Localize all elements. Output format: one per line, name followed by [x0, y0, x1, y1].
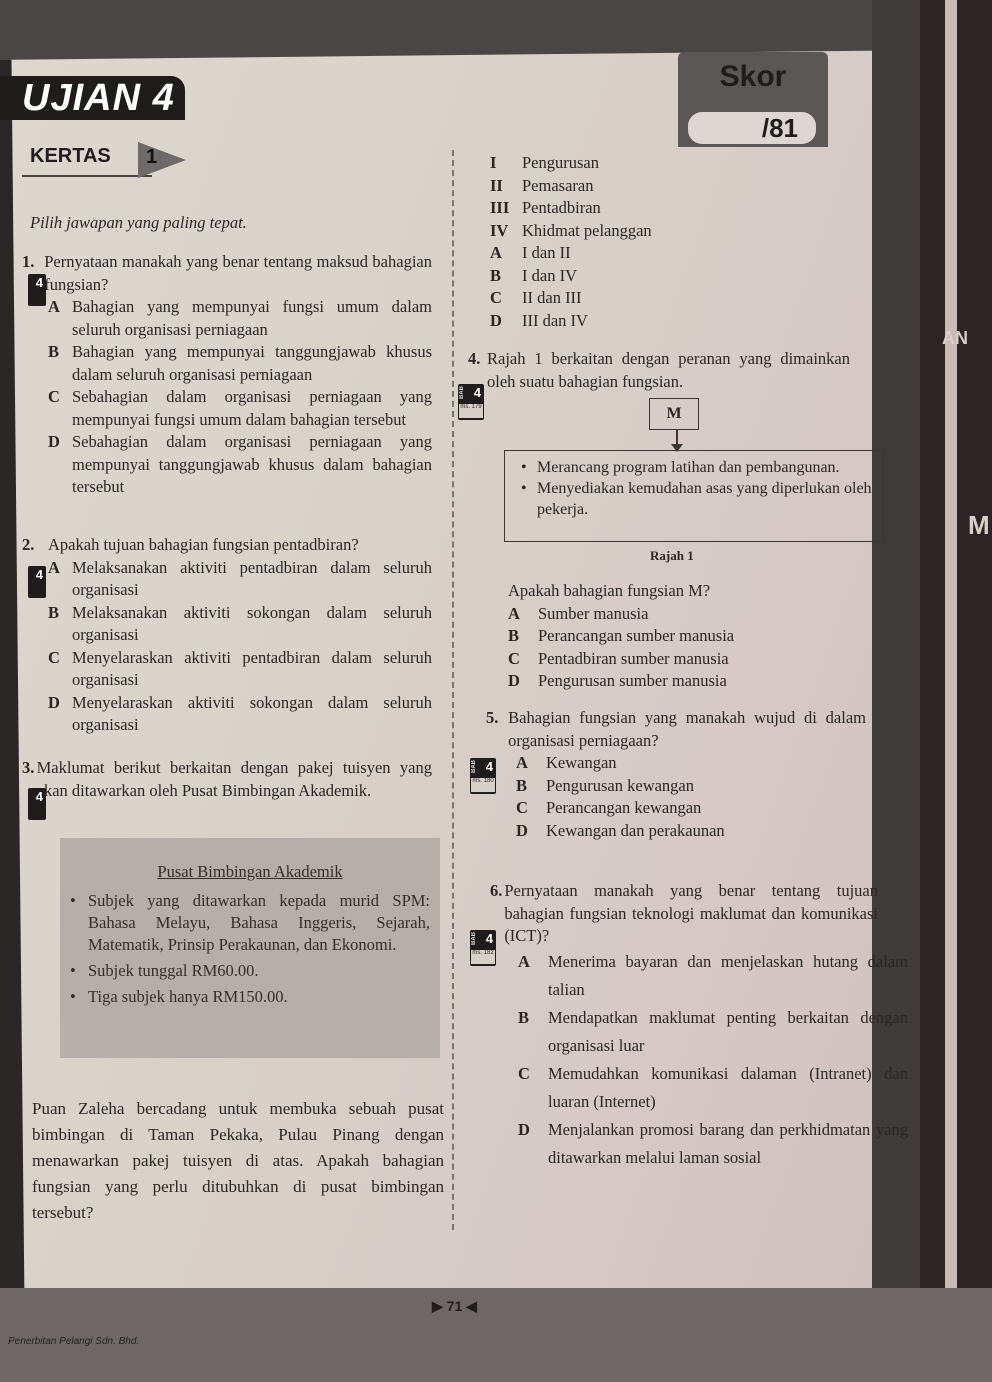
option-d[interactable]: DKewangan dan perakaunan — [516, 820, 906, 843]
bottom-shadow — [0, 1288, 992, 1382]
chapter-badge: 4 — [28, 274, 46, 306]
score-box: Skor /81 — [678, 52, 828, 147]
option-b[interactable]: BPengurusan kewangan — [516, 775, 906, 798]
chapter-badge: BAB4 ms. 180 — [470, 758, 496, 794]
option-a[interactable]: AI dan II — [490, 242, 750, 265]
question-3: 3.Maklumat berikut berkaitan dengan pake… — [22, 757, 432, 802]
option-c[interactable]: CMenyelaraskan aktiviti pentadbiran dala… — [48, 647, 432, 692]
question-3-followup: Puan Zaleha bercadang untuk membuka sebu… — [32, 1096, 444, 1226]
question-1: 1.Pernyataan manakah yang benar tentang … — [22, 251, 432, 499]
info-item: Subjek tunggal RM60.00. — [70, 960, 430, 982]
diagram-caption: Rajah 1 — [650, 548, 694, 564]
option-d[interactable]: DPengurusan sumber manusia — [508, 670, 838, 693]
edge-text: M — [968, 510, 990, 541]
info-item: Subjek yang ditawarkan kepada murid SPM:… — [70, 890, 430, 956]
option-a[interactable]: AMenerima bayaran dan menjelaskan hutang… — [518, 948, 908, 1004]
score-field[interactable]: /81 — [688, 112, 816, 144]
chapter-badge: BAB4 ms. 182 — [470, 930, 496, 966]
option-a[interactable]: AMelaksanakan aktiviti pentadbiran dalam… — [48, 557, 432, 602]
question-5: 5.Bahagian fungsian yang manakah wujud d… — [486, 707, 906, 842]
option-c[interactable]: CII dan III — [490, 287, 750, 310]
page-number-value: 71 — [447, 1298, 463, 1314]
option-a[interactable]: ASumber manusia — [508, 603, 838, 626]
question-stem: Bahagian fungsian yang manakah wujud di … — [508, 707, 906, 752]
question-6: 6.Pernyataan manakah yang benar tentang … — [490, 880, 908, 1172]
option-d[interactable]: DIII dan IV — [490, 310, 750, 333]
question-stem: Maklumat berikut berkaitan dengan pakej … — [37, 757, 432, 802]
paper-number: 1 — [146, 146, 157, 169]
diagram-bullet: Menyediakan kemudahan asas yang diperluk… — [521, 478, 873, 520]
option-c[interactable]: CMemudahkan komunikasi dalaman (Intranet… — [518, 1060, 908, 1116]
option-d[interactable]: DMenjalankan promosi barang dan perkhidm… — [518, 1116, 908, 1172]
option-b[interactable]: BPerancangan sumber manusia — [508, 625, 838, 648]
option-b[interactable]: BMendapatkan maklumat penting berkaitan … — [518, 1004, 908, 1060]
option-c[interactable]: CSebahagian dalam organisasi perniagaan … — [48, 386, 432, 431]
info-box-title: Pusat Bimbingan Akademik — [60, 862, 440, 882]
info-box: Pusat Bimbingan Akademik Subjek yang dit… — [60, 838, 440, 1058]
question-number: 2. — [22, 534, 48, 557]
exam-title: UJIAN 4 — [0, 76, 185, 120]
chapter-badge: BAB4 ms. 179 — [458, 384, 484, 420]
option-a[interactable]: ABahagian yang mempunyai fungsi umum dal… — [48, 296, 432, 341]
option-b[interactable]: BMelaksanakan aktiviti sokongan dalam se… — [48, 602, 432, 647]
publisher-credit: Penerbitan Pelangi Sdn. Bhd. — [8, 1336, 139, 1347]
triangle-left-icon: ◀ — [466, 1298, 477, 1314]
option-c[interactable]: CPerancangan kewangan — [516, 797, 906, 820]
option-c[interactable]: CPentadbiran sumber manusia — [508, 648, 838, 671]
instruction: Pilih jawapan yang paling tepat. — [30, 212, 247, 234]
question-2: 2.Apakah tujuan bahagian fungsian pentad… — [22, 534, 432, 737]
page-number: ▶ 71 ◀ — [432, 1298, 477, 1315]
option-d[interactable]: DMenyelaraskan aktiviti sokongan dalam s… — [48, 692, 432, 737]
diagram-roles-box: Merancang program latihan dan pembanguna… — [504, 450, 884, 542]
triangle-right-icon: ▶ — [432, 1298, 443, 1314]
info-item: Tiga subjek hanya RM150.00. — [70, 986, 430, 1008]
question-number: 5. — [486, 707, 508, 752]
paper-label: KERTAS — [30, 145, 111, 168]
question-stem: Apakah bahagian fungsian M? — [508, 580, 838, 603]
question-3-continued: IPengurusan IIPemasaran IIIPentadbiran I… — [490, 152, 750, 332]
option-b[interactable]: BI dan IV — [490, 265, 750, 288]
diagram-bullet: Merancang program latihan dan pembanguna… — [521, 457, 873, 478]
question-stem: Pernyataan manakah yang benar tentang tu… — [504, 880, 908, 948]
question-stem: Apakah tujuan bahagian fungsian pentadbi… — [48, 534, 359, 557]
option-a[interactable]: AKewangan — [516, 752, 906, 775]
question-4-followup: Apakah bahagian fungsian M? ASumber manu… — [508, 580, 838, 693]
option-d[interactable]: DSebahagian dalam organisasi perniagaan … — [48, 431, 432, 499]
question-4: 4.Rajah 1 berkaitan dengan peranan yang … — [468, 348, 850, 393]
edge-text: AN — [942, 328, 968, 349]
score-label: Skor — [678, 60, 828, 94]
question-stem: Rajah 1 berkaitan dengan peranan yang di… — [487, 348, 850, 393]
chapter-badge: 4 — [28, 788, 46, 820]
paper-underline — [22, 175, 152, 177]
option-b[interactable]: BBahagian yang mempunyai tanggungjawab k… — [48, 341, 432, 386]
chapter-badge: 4 — [28, 566, 46, 598]
next-page-edge — [945, 0, 957, 1382]
column-divider — [452, 150, 454, 1230]
question-stem: Pernyataan manakah yang benar tentang ma… — [44, 251, 432, 296]
diagram-box-m: M — [649, 398, 699, 430]
